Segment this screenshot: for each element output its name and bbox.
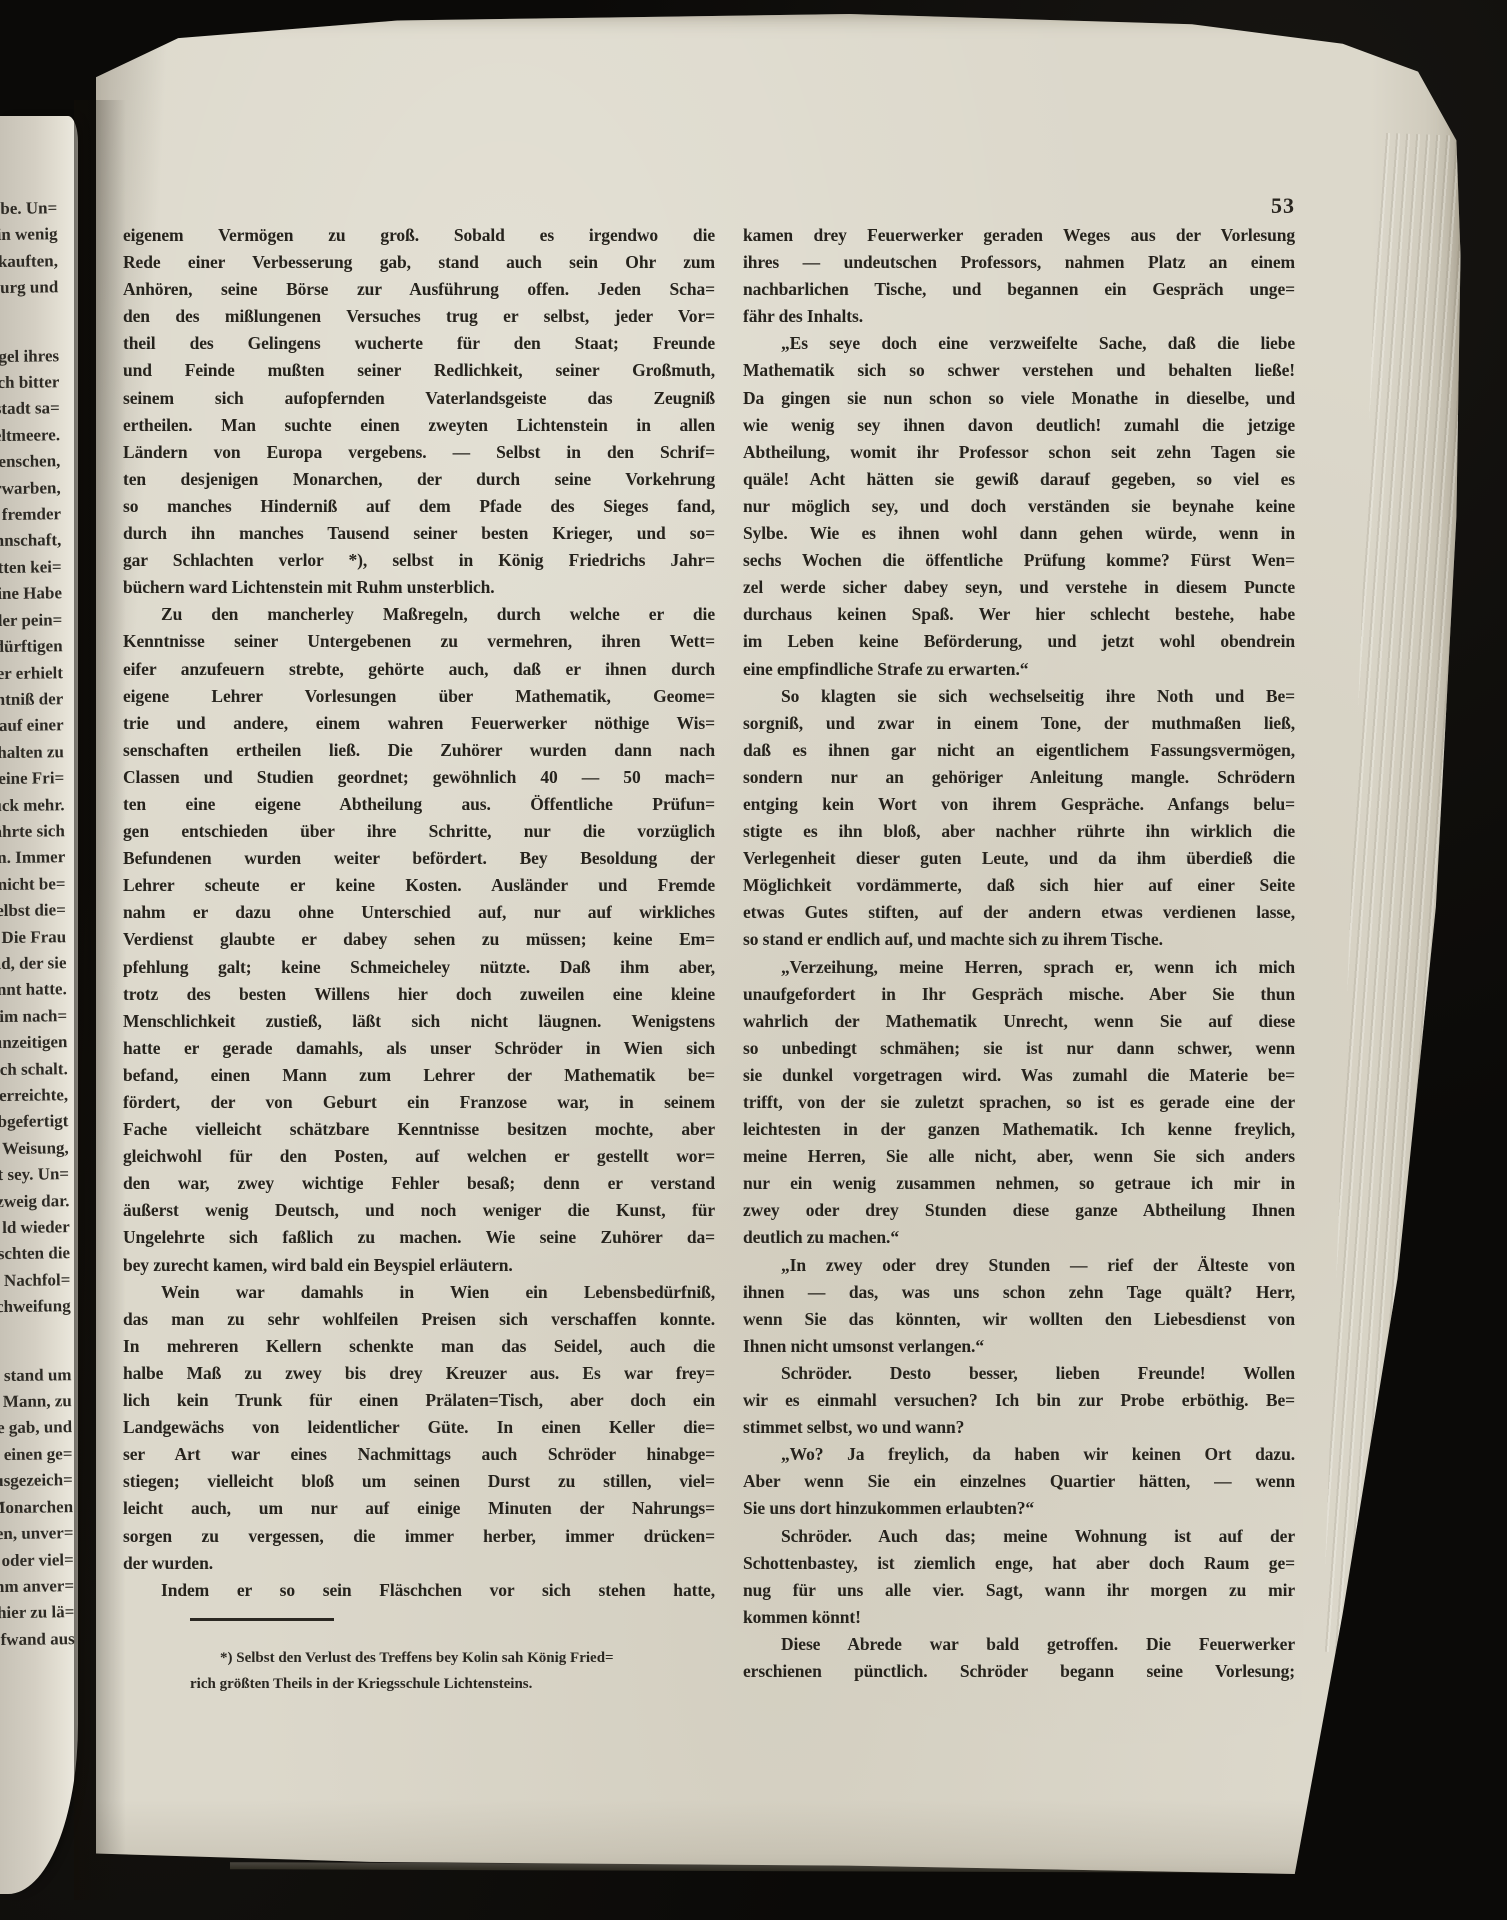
facing-page-fragment: ld wieder [0, 1214, 70, 1242]
text-line: eine empfindliche Strafe zu erwarten.“ [743, 656, 1295, 683]
text-line: Verdienst glaubte er dabey sehen zu müss… [123, 926, 715, 953]
facing-page-fragment: stand um [0, 1362, 72, 1390]
text-line: kamen drey Feuerwerker geraden Weges aus… [743, 222, 1295, 249]
facing-page-fragment: nährte sich [0, 818, 65, 846]
facing-page-fragment: n Weisung, [0, 1135, 69, 1163]
text-line: stimmet selbst, wo und wann? [743, 1414, 1295, 1441]
text-line: hatte er gerade damahls, als unser Schrö… [123, 1035, 715, 1062]
text-line: „Wo? Ja freylich, da haben wir keinen Or… [743, 1441, 1295, 1468]
facing-page-fragment: old, der sie [0, 950, 67, 978]
text-line: ihres — undeutschen Professors, nahmen P… [743, 249, 1295, 276]
text-line: Schottenbastey, ist ziemlich enge, hat a… [743, 1550, 1295, 1577]
text-line: So klagten sie sich wechselseitig ihre N… [743, 683, 1295, 710]
text-line: Fache vielleicht schätzbare Kenntnisse b… [123, 1116, 715, 1143]
facing-page-fragment: gt sey. Un= [0, 1161, 69, 1189]
facing-page-fragment: Mann, zu [0, 1388, 72, 1416]
text-line: nug für uns alle vier. Sagt, wann ihr mo… [743, 1577, 1295, 1604]
footnote-line: rich größten Theils in der Kriegsschule … [190, 1671, 710, 1697]
facing-page-fragment: annt hatte. [0, 977, 67, 1005]
text-line: zwey oder drey Stunden diese ganze Abthe… [743, 1197, 1295, 1224]
facing-page-fragment: stück mehr. [0, 792, 65, 820]
text-line: sie dunkel vorgetragen wird. Was zumahl … [743, 1062, 1295, 1089]
text-line: erschienen pünctlich. Schröder begann se… [743, 1658, 1295, 1685]
text-line: fähr des Inhalts. [743, 303, 1295, 330]
text-line: etwas Gutes stiften, auf der andern etwa… [743, 899, 1295, 926]
facing-page-fragment: fwand aus [0, 1626, 75, 1654]
text-line: bey zurecht kamen, wird bald ein Beyspie… [123, 1252, 715, 1279]
text-line: sechs Wochen die öffentliche Prüfung kom… [743, 547, 1295, 574]
text-line: stiegen; vielleicht bloß um seinen Durst… [123, 1468, 715, 1495]
facing-page-fragment: e gab, und [0, 1415, 72, 1443]
facing-page-fragment: sie im nach= [0, 1003, 67, 1031]
text-line: senschaften ertheilen ließ. Die Zuhörer … [123, 737, 715, 764]
facing-page-fragment: öder erhielt [0, 660, 63, 688]
facing-page-fragment: er selbst die= [0, 897, 66, 925]
facing-page-fragment: serstadt sa= [0, 396, 60, 424]
text-line: In mehreren Kellern schenkte man das Sei… [123, 1333, 715, 1360]
text-line: eifer anzufeuern strebte, gehörte auch, … [123, 656, 715, 683]
text-line: quäle! Acht hätten sie gewiß darauf gege… [743, 466, 1295, 493]
text-line: „In zwey oder drey Stunden — rief der Äl… [743, 1252, 1295, 1279]
page-number: 53 [1146, 193, 1295, 219]
facing-page-fragment: ine Habe [0, 581, 62, 609]
text-line: gen entschieden über ihre Schritte, nur … [123, 818, 715, 845]
facing-page-fragment: atten kei= [0, 554, 62, 582]
facing-page-fragment: eich schalt. [0, 1056, 68, 1084]
text-line: Mathematik sich so schwer verstehen und … [743, 357, 1295, 384]
text-line: Sie uns dort hinzukommen erlaubten?“ [743, 1495, 1295, 1522]
facing-page-fragment: gehalten zu [0, 739, 64, 767]
text-line: Landgewächs von leidentlicher Güte. In e… [123, 1414, 715, 1441]
text-line: und Feinde mußten seiner Redlichkeit, se… [123, 357, 715, 384]
text-line: Ländern von Europa vergebens. — Selbst i… [123, 439, 715, 466]
text-line: Anhören, seine Börse zur Ausführung offe… [123, 276, 715, 303]
facing-page-fragment: schten die [0, 1241, 70, 1269]
text-line: Lehrer scheute er keine Kosten. Auslände… [123, 872, 715, 899]
text-line: leicht auch, um nur auf einige Minuten d… [123, 1495, 715, 1522]
facing-page-fragment: verkauften, [0, 248, 58, 276]
text-line: ten eine eigene Abtheilung aus. Öffentli… [123, 791, 715, 818]
text-line: Rede einer Verbesserung gab, stand auch … [123, 249, 715, 276]
text-line: eigenem Vermögen zu groß. Sobald es irge… [123, 222, 715, 249]
text-line: Befundenen wurden weiter befördert. Bey … [123, 845, 715, 872]
text-line: ihnen — das, was uns schon zehn Tage quä… [743, 1279, 1295, 1306]
text-line: der wurden. [123, 1550, 715, 1577]
fragment-gap [0, 301, 59, 345]
text-line: durchaus keinen Spaß. Wer hier schlecht … [743, 601, 1295, 628]
facing-page-fragment: sich bitter [0, 369, 60, 397]
text-line: das man zu sehr wohlfeilen Preisen sich … [123, 1306, 715, 1333]
text-line: entging kein Wort von ihrem Gespräche. A… [743, 791, 1295, 818]
text-line: „Verzeihung, meine Herren, sprach er, we… [743, 954, 1295, 981]
facing-page-fragment: hier zu lä= [0, 1599, 75, 1627]
footnote-rule [190, 1618, 334, 1621]
fore-edge-pages [1322, 133, 1476, 1656]
text-line: nur ein wenig zusammen nehmen, so getrau… [743, 1170, 1295, 1197]
facing-page-fragments: gebe. Un=ein wenigverkauften,sburg undSe… [0, 195, 75, 1654]
facing-page-fragment: thdürftigen [0, 633, 63, 661]
text-line: sorgniß, und zwar in einem Tone, der mut… [743, 710, 1295, 737]
facing-page-fragment: sburg und [0, 274, 58, 302]
text-line: trotz des besten Willens hier doch zuwei… [123, 981, 715, 1008]
text-line: wie wenig sey ihnen davon deutlich! zuma… [743, 412, 1295, 439]
text-line: büchern ward Lichtenstein mit Ruhm unste… [123, 574, 715, 601]
footnote: *) Selbst den Verlust des Treffens bey K… [190, 1645, 710, 1697]
book-page: 53 eigenem Vermögen zu groß. Sobald es i… [96, 14, 1466, 1874]
text-line: Menschlichkeit zustieß, läßt sich nicht … [123, 1008, 715, 1035]
text-line: den des mißlungenen Versuches trug er se… [123, 303, 715, 330]
text-line: gar Schlachten verlor *), selbst in Köni… [123, 547, 715, 574]
text-line: befand, einen Mann zum Lehrer der Mathem… [123, 1062, 715, 1089]
text-line: stigte es ihn bloß, aber nachher rührte … [743, 818, 1295, 845]
facing-page-fragment: chweifung [0, 1293, 71, 1321]
text-line: pfehlung galt; keine Schmeicheley nützte… [123, 954, 715, 981]
text-line: halbe Maß zu zwey bis drey Kreuzer aus. … [123, 1360, 715, 1387]
text-line: Wein war damahls in Wien ein Lebensbedür… [123, 1279, 715, 1306]
text-line: nachbarlichen Tische, und begannen ein G… [743, 276, 1295, 303]
text-line: wahrlich der Mathematik Unrecht, wenn Si… [743, 1008, 1295, 1035]
text-line: meine Herren, Sie alle nicht, aber, wenn… [743, 1143, 1295, 1170]
facing-page-fragment: ein wenig [0, 222, 58, 250]
facing-page-fragment: einen ge= [0, 1441, 73, 1469]
facing-page-fragment: n. Die Frau [0, 924, 66, 952]
text-line: wenn Sie das könnten, wir wollten den Li… [743, 1306, 1295, 1333]
right-column: kamen drey Feuerwerker geraden Weges aus… [743, 222, 1295, 1685]
facing-page-fragment: zweig dar. [0, 1188, 70, 1216]
text-line: Schröder. Desto besser, lieben Freunde! … [743, 1360, 1295, 1387]
text-line: leichtesten in der ganzen Mathematik. Ic… [743, 1116, 1295, 1143]
facing-page-fragment: ausgezeich= [0, 1467, 73, 1495]
text-line: nahm er dazu ohne Unterschied auf, nur a… [123, 899, 715, 926]
facing-page-fragment: annschaft, [0, 528, 61, 556]
text-line: ser Art war eines Nachmittags auch Schrö… [123, 1441, 715, 1468]
facing-page-fragment: n der pein= [0, 607, 62, 635]
text-line: „Es seye doch eine verzweifelte Sache, d… [743, 330, 1295, 357]
text-line: so stand er endlich auf, und machte sich… [743, 926, 1295, 953]
text-line: gleichwohl für den Posten, auf welchen e… [123, 1143, 715, 1170]
text-line: durch ihn manches Tausend seiner besten … [123, 520, 715, 547]
facing-page-fragment: unzeitigen [0, 1029, 68, 1057]
text-line: theil des Gelingens wucherte für den Sta… [123, 330, 715, 357]
facing-page-fragment: en, unver= [0, 1520, 74, 1548]
text-line: äußerst wenig Deutsch, und noch weniger … [123, 1197, 715, 1224]
text-line: eigene Lehrer Vorlesungen über Mathemati… [123, 683, 715, 710]
text-line: so manches Hinderniß auf dem Pfade des S… [123, 493, 715, 520]
facing-page-fragment: Weltmeere. [0, 422, 60, 450]
text-line: Ihnen nicht umsonst verlangen.“ [743, 1333, 1295, 1360]
text-line: lich kein Trunk für einen Prälaten=Tisch… [123, 1387, 715, 1414]
text-line: Ungelehrte sich faßlich zu machen. Wie s… [123, 1224, 715, 1251]
facing-page-fragment: r eine Fri= [0, 765, 64, 793]
facing-page-fragment: abgefertigt [0, 1109, 69, 1137]
facing-page-edge: gebe. Un=ein wenigverkauften,sburg undSe… [0, 116, 78, 1894]
left-column: eigenem Vermögen zu groß. Sobald es irge… [123, 222, 715, 1604]
text-line: Aber wenn Sie ein einzelnes Quartier hät… [743, 1468, 1295, 1495]
text-line: Zu den mancherley Maßregeln, durch welch… [123, 601, 715, 628]
text-line: sorgen zu vergessen, die immer herber, i… [123, 1523, 715, 1550]
text-line: Sylbe. Wie es ihnen wohl dann gehen würd… [743, 520, 1295, 547]
text-line: Schröder. Auch das; meine Wohnung ist au… [743, 1523, 1295, 1550]
text-line: deutlich zu machen.“ [743, 1224, 1295, 1251]
facing-page-fragment: erwarben, [0, 475, 61, 503]
facing-page-fragment: n fremder [0, 501, 61, 529]
text-line: kommen könnt! [743, 1604, 1295, 1631]
text-line: Verlegenheit dieser guten Leute, und da … [743, 845, 1295, 872]
text-line: trie und andere, einem wahren Feuerwerke… [123, 710, 715, 737]
footnote-line: *) Selbst den Verlust des Treffens bey K… [190, 1645, 710, 1671]
facing-page-fragment: Menschen, [0, 448, 61, 476]
text-line: sondern nur an gehöriger Anleitung mangl… [743, 764, 1295, 791]
text-line: im Leben keine Beförderung, und jetzt wo… [743, 628, 1295, 655]
facing-page-fragment: gebe. Un= [0, 195, 57, 223]
facing-page-fragment: Segel ihres [0, 343, 59, 371]
text-line: ertheilen. Man suchte einen zweyten Lich… [123, 412, 715, 439]
text-line: seinem sich aufopfernden Vaterlandsgeist… [123, 385, 715, 412]
text-line: ten desjenigen Monarchen, der durch sein… [123, 466, 715, 493]
fragment-gap [0, 1320, 71, 1364]
text-line: unaufgefordert in Ihr Gespräch mische. A… [743, 981, 1295, 1008]
text-line: trifft, von der sie zuletzt sprachen, so… [743, 1089, 1295, 1116]
facing-page-fragment: en. Immer [0, 845, 65, 873]
text-line: fördert, der von Geburt ein Franzose war… [123, 1089, 715, 1116]
scan-background: { "book_page": { "page_number": "53", "c… [0, 0, 1507, 1920]
facing-page-fragment: Monarchen [0, 1494, 73, 1522]
text-line: wir es einmahl versuchen? Ich bin zur Pr… [743, 1387, 1295, 1414]
facing-page-fragment: Nachfol= [0, 1267, 71, 1295]
text-line: Möglichkeit vordämmerte, daß sich hier a… [743, 872, 1295, 899]
text-line: Kenntnisse seiner Untergebenen zu vermeh… [123, 628, 715, 655]
facing-page-fragment: nntniß der [0, 686, 63, 714]
facing-page-fragment: er nicht be= [0, 871, 66, 899]
facing-page-fragment: — oder viel= [0, 1547, 74, 1575]
text-line: den war, zwey wichtige Fehler besaß; den… [123, 1170, 715, 1197]
facing-page-fragment: ihm anver= [0, 1573, 74, 1601]
text-line: Da gingen sie nun schon so viele Monathe… [743, 385, 1295, 412]
text-line: Indem er so sein Fläschchen vor sich ste… [123, 1577, 715, 1604]
text-line: Abtheilung, womit ihr Professor schon se… [743, 439, 1295, 466]
text-line: nur möglich sey, und doch verständen sie… [743, 493, 1295, 520]
text-line: zel werde sicher dabey seyn, und versteh… [743, 574, 1295, 601]
facing-page-fragment: , auf einer [0, 713, 64, 741]
text-line: so unbedingt schmähen; sie ist nur dann … [743, 1035, 1295, 1062]
text-line: Diese Abrede war bald getroffen. Die Feu… [743, 1631, 1295, 1658]
facing-page-fragment: überreichte, [0, 1082, 68, 1110]
text-line: daß es ihnen gar nicht an eigentlichem F… [743, 737, 1295, 764]
text-line: Classen und Studien geordnet; gewöhnlich… [123, 764, 715, 791]
